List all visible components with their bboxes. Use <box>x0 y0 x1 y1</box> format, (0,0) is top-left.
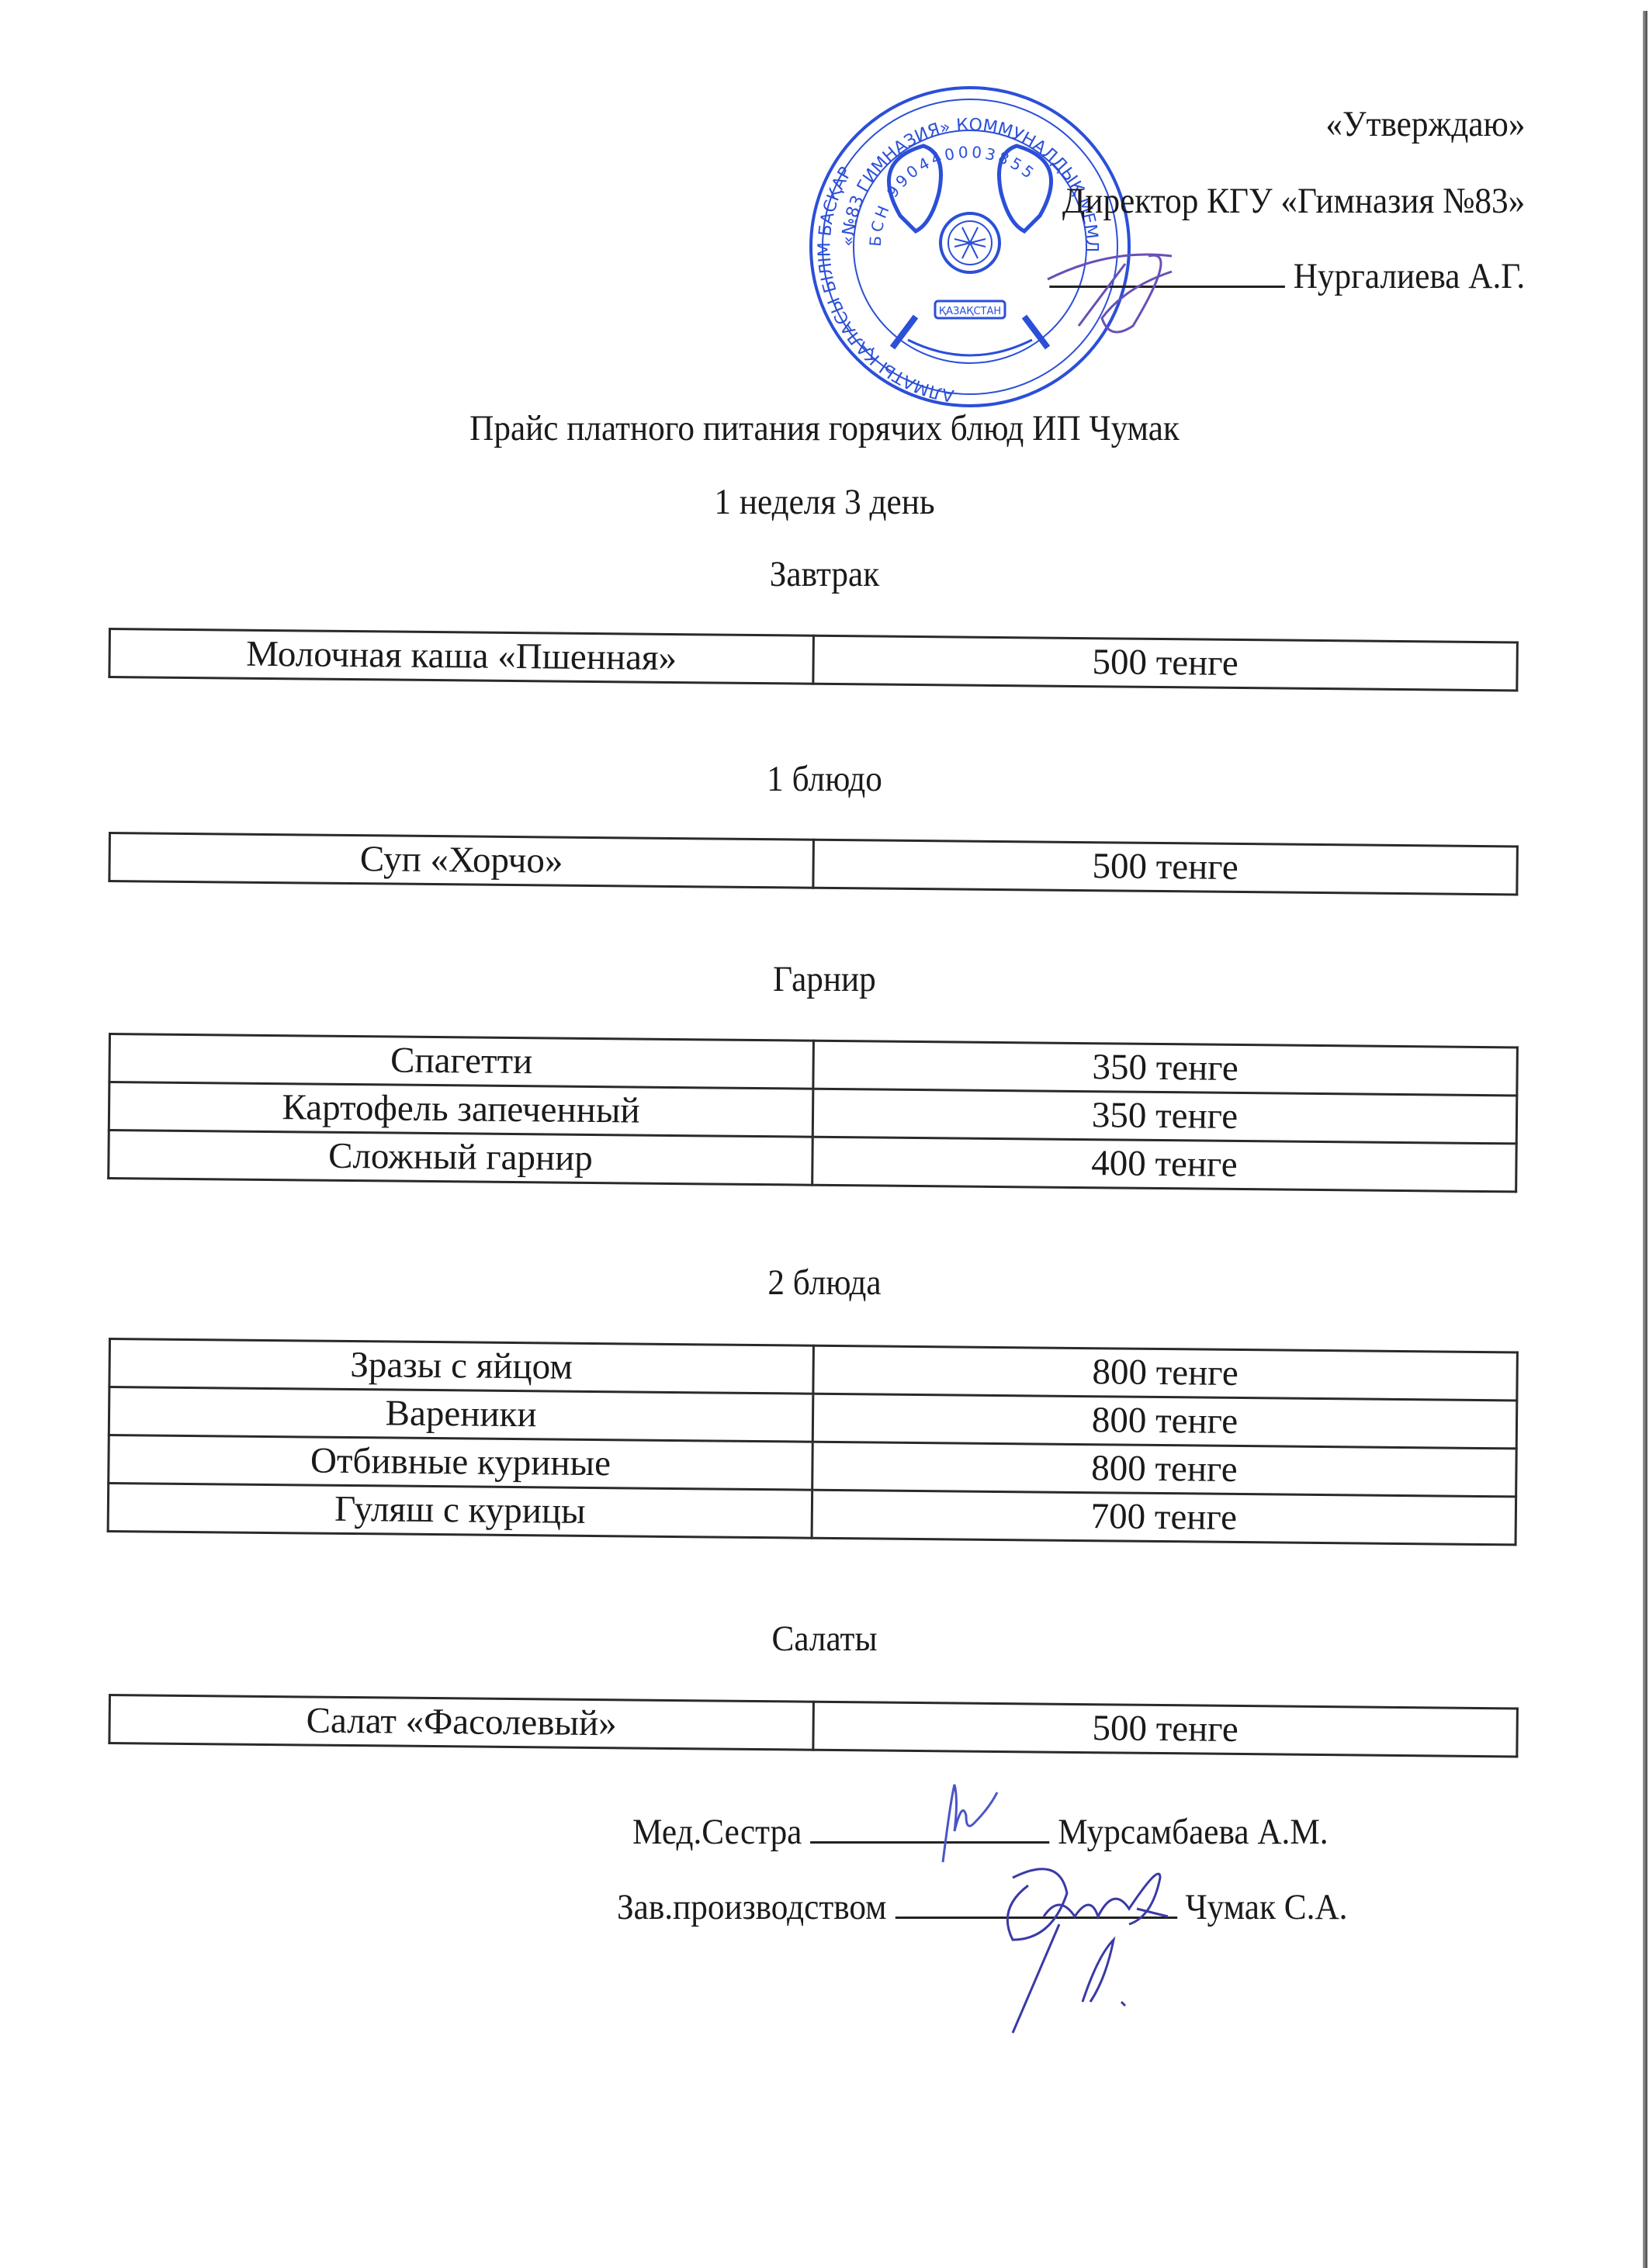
stamp-left-text: АЛМАТЫ ҚАЛАСЫ БІЛІМ БАСҚАРМАСЫНЫҢ <box>807 84 955 405</box>
section-heading-salads: Салаты <box>66 1617 1583 1660</box>
dish-name: Молочная каша «Пшенная» <box>109 629 814 684</box>
signature-blank <box>895 1885 1176 1919</box>
dish-price: 350 тенге <box>812 1089 1517 1144</box>
dish-name: Отбивные куриные <box>109 1435 813 1491</box>
approval-label: «Утверждаю» <box>1325 102 1525 146</box>
table-row: Суп «Хорчо» 500 тенге <box>109 833 1518 895</box>
dish-price: 800 тенге <box>812 1394 1517 1449</box>
dish-price: 800 тенге <box>813 1345 1518 1401</box>
dish-name: Спагетти <box>109 1034 814 1089</box>
dish-price: 500 тенге <box>813 1702 1518 1757</box>
dish-price: 400 тенге <box>812 1137 1517 1192</box>
dish-name: Салат «Фасолевый» <box>109 1695 814 1750</box>
scan-edge <box>1643 11 1647 2268</box>
table-row: Салат «Фасолевый» 500 тенге <box>109 1695 1518 1757</box>
table-row: Молочная каша «Пшенная» 500 тенге <box>109 629 1518 691</box>
svg-text:БСН 990440003855: БСН 990440003855 <box>866 143 1040 248</box>
dish-name: Зразы с яйцом <box>109 1339 814 1394</box>
dish-name: Вареники <box>109 1387 813 1442</box>
signature-production-head: Зав.производством Чумак С.А. <box>617 1885 1348 1929</box>
price-table-side-dish: Спагетти 350 тенге Картофель запеченный … <box>107 1033 1519 1193</box>
official-stamp-icon: «№83 ГИМНАЗИЯ» КОММУНАЛДЫҚ МЕМЛЕКЕТТІК М… <box>807 84 1133 410</box>
dish-price: 700 тенге <box>812 1490 1516 1545</box>
signature-blank <box>810 1810 1049 1844</box>
svg-text:АЛМАТЫ ҚАЛАСЫ БІЛІМ БАСҚАРМАСЫ: АЛМАТЫ ҚАЛАСЫ БІЛІМ БАСҚАРМАСЫНЫҢ <box>807 84 955 405</box>
signature-role: Зав.производством <box>617 1887 887 1927</box>
section-heading-side-dish: Гарнир <box>66 957 1583 1001</box>
price-table-breakfast: Молочная каша «Пшенная» 500 тенге <box>108 628 1519 691</box>
section-heading-breakfast: Завтрак <box>66 552 1583 596</box>
director-title: Директор КГУ «Гимназия №83» <box>1062 179 1525 223</box>
price-table-salads: Салат «Фасолевый» 500 тенге <box>108 1694 1519 1757</box>
dish-name: Гуляш с курицы <box>108 1484 812 1539</box>
director-signature-blank <box>1049 255 1285 288</box>
document-subtitle: 1 неделя 3 день <box>66 480 1583 524</box>
production-head-signature-icon <box>982 1847 1183 2048</box>
signature-nurse: Мед.Сестра Мурсамбаева А.М. <box>632 1810 1329 1854</box>
price-table-second-course: Зразы с яйцом 800 тенге Вареники 800 тен… <box>107 1338 1519 1546</box>
svg-text:«№83 ГИМНАЗИЯ» КОММУНАЛДЫҚ МЕМ: «№83 ГИМНАЗИЯ» КОММУНАЛДЫҚ МЕМЛЕКЕТТІК М… <box>807 84 1101 252</box>
stamp-emblem-label: ҚАЗАҚСТАН <box>939 306 1001 317</box>
dish-price: 500 тенге <box>813 840 1518 895</box>
document-title: Прайс платного питания горячих блюд ИП Ч… <box>66 407 1583 450</box>
dish-name: Суп «Хорчо» <box>109 833 814 888</box>
price-table-first-course: Суп «Хорчо» 500 тенге <box>108 832 1519 895</box>
dish-price: 350 тенге <box>813 1041 1518 1096</box>
section-heading-second-course: 2 блюда <box>66 1261 1583 1304</box>
director-signature-line: Нургалиева А.Г. <box>1049 255 1525 298</box>
dish-name: Картофель запеченный <box>109 1082 813 1137</box>
dish-price: 500 тенге <box>813 635 1518 691</box>
section-heading-first-course: 1 блюдо <box>66 757 1583 801</box>
director-name: Нургалиева А.Г. <box>1293 256 1525 296</box>
signature-name: Мурсамбаева А.М. <box>1058 1812 1328 1852</box>
signature-role: Мед.Сестра <box>632 1812 802 1852</box>
stamp-bin-text: БСН 990440003855 <box>866 143 1040 248</box>
stamp-outer-text: «№83 ГИМНАЗИЯ» КОММУНАЛДЫҚ МЕМЛЕКЕТТІК М… <box>807 84 1101 252</box>
dish-price: 800 тенге <box>812 1442 1517 1497</box>
dish-name: Сложный гарнир <box>109 1131 813 1186</box>
signature-name: Чумак С.А. <box>1186 1887 1348 1927</box>
